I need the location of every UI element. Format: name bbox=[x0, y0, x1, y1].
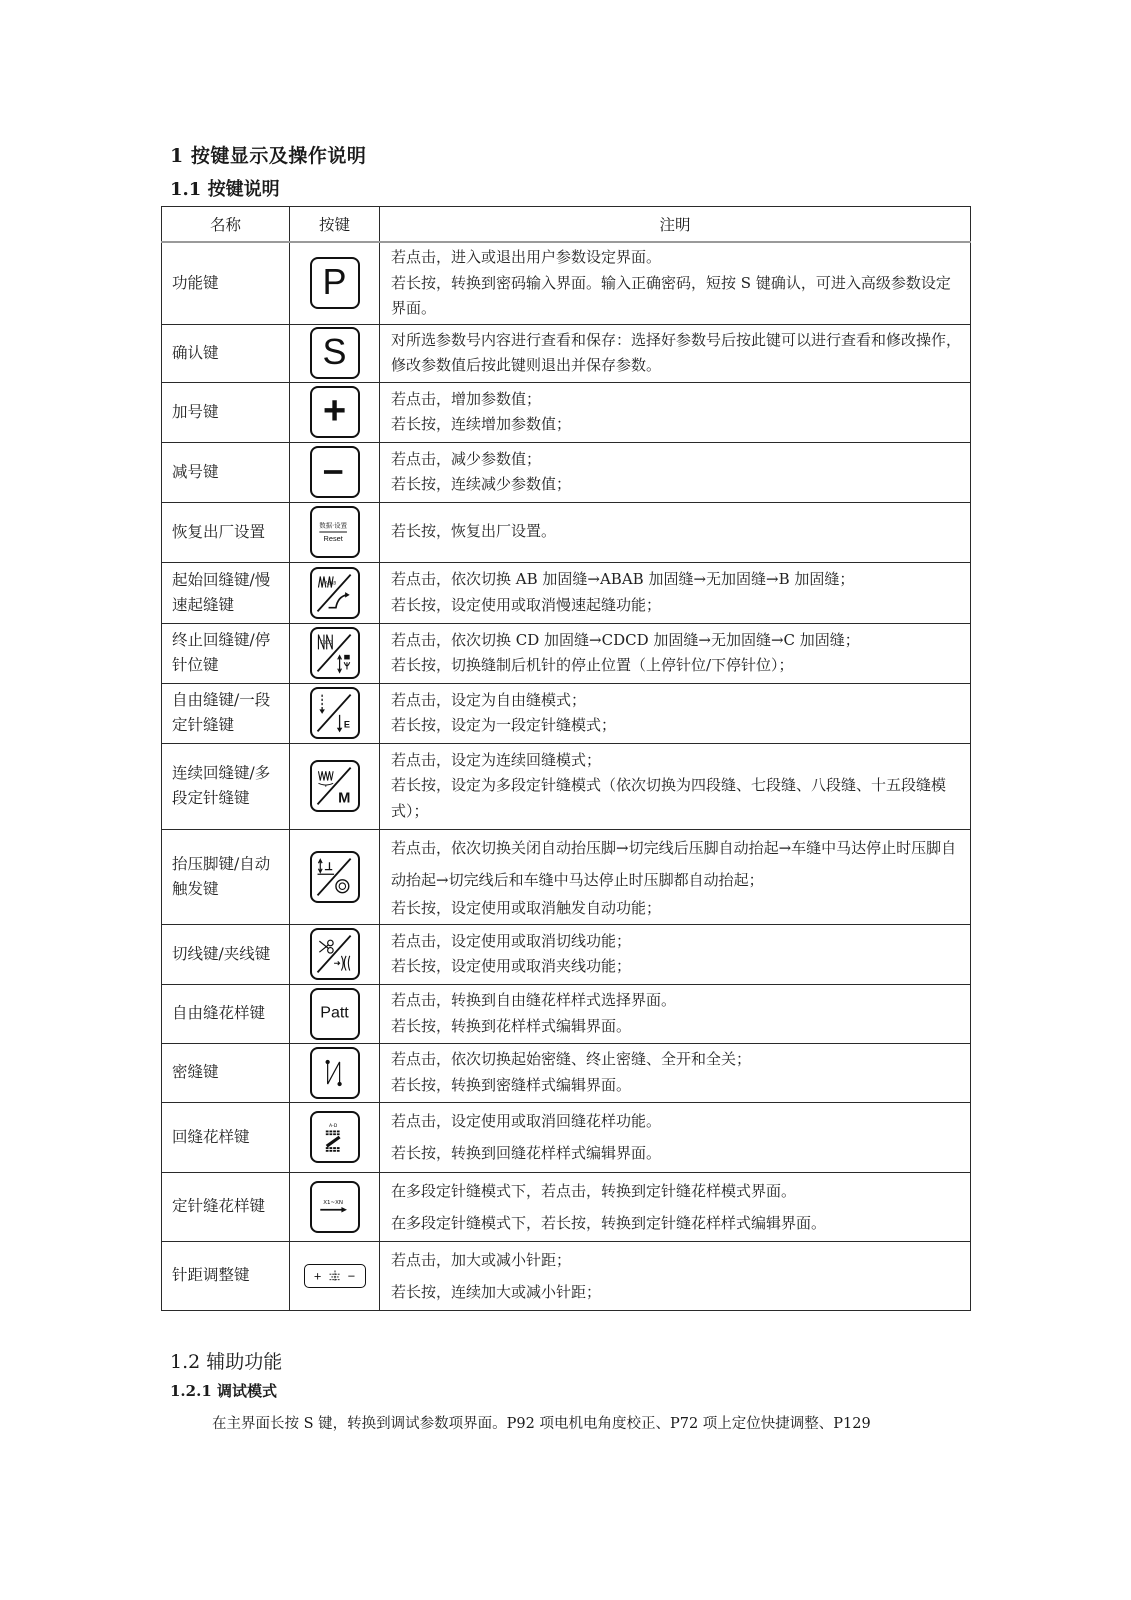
presser-foot-auto-trigger-icon bbox=[310, 851, 360, 903]
note-line: 在多段定针缝模式下，若点击，转换到定针缝花样模式界面。 bbox=[391, 1175, 962, 1207]
fixed-stitch-pattern-icon: X1~XN bbox=[310, 1181, 360, 1233]
table-row: 恢复出厂设置 数据·设置 Reset 若长按，恢复出厂设置。 bbox=[162, 502, 971, 562]
p-key-icon: P bbox=[310, 257, 360, 309]
note-line: 若长按，切换缝制后机针的停止位置（上停针位/下停针位）； bbox=[391, 653, 962, 679]
svg-text:CDCD: CDCD bbox=[320, 640, 332, 645]
note-line: 若长按，设定为多段定针缝模式（依次切换为四段缝、七段缝、八段缝、十五段缝模式）； bbox=[391, 773, 962, 824]
svg-text:A-D: A-D bbox=[329, 1123, 338, 1129]
svg-text:E: E bbox=[343, 720, 349, 730]
table-header-row: 名称 按键 注明 bbox=[162, 207, 971, 243]
table-row: 自由缝花样键 Patt 若点击，转换到自由缝花样样式选择界面。若长按，转换到花样… bbox=[162, 984, 971, 1043]
stitch-length-adjust-icon: + − bbox=[304, 1264, 366, 1288]
svg-text:X1~XN: X1~XN bbox=[323, 1200, 343, 1206]
start-backtack-slow-start-icon: ABAB bbox=[310, 567, 360, 619]
key-name: 减号键 bbox=[162, 442, 290, 502]
note-line: 若点击，依次切换 CD 加固缝→CDCD 加固缝→无加固缝→C 加固缝； bbox=[391, 628, 962, 654]
end-backtack-needle-stop-icon: CDCD bbox=[310, 627, 360, 679]
note-line: 若长按，转换到密码输入界面。输入正确密码，短按 S 键确认，可进入高级参数设定界… bbox=[391, 271, 962, 322]
note-line: 若点击，依次切换关闭自动抬压脚→切完线后压脚自动抬起→车缝中马达停止时压脚自动抬… bbox=[391, 832, 962, 896]
header-note: 注明 bbox=[380, 207, 971, 243]
key-name: 密缝键 bbox=[162, 1043, 290, 1102]
note-line: 若长按，设定使用或取消夹线功能； bbox=[391, 954, 962, 980]
svg-text:+: + bbox=[313, 1268, 321, 1283]
pattern-key-icon: Patt bbox=[310, 988, 360, 1040]
table-row: 自由缝键/一段定针缝键 E 若点击，设定为自由缝模式；若长按，设定为一段定针缝模… bbox=[162, 683, 971, 743]
thread-trim-clamp-icon bbox=[310, 928, 360, 980]
table-row: 减号键 若点击，减少参数值；若长按，连续减少参数值； bbox=[162, 442, 971, 502]
note-line: 若点击，依次切换 AB 加固缝→ABAB 加固缝→无加固缝→B 加固缝； bbox=[391, 567, 962, 593]
note-line: 若点击，进入或退出用户参数设定界面。 bbox=[391, 245, 962, 271]
key-name: 针距调整键 bbox=[162, 1241, 290, 1310]
svg-text:Reset: Reset bbox=[323, 534, 342, 543]
note-line: 若长按，转换到花样样式编辑界面。 bbox=[391, 1014, 962, 1040]
heading-section-1-1: 1.1 按键说明 bbox=[170, 175, 280, 201]
note-line: 在多段定针缝模式下，若长按，转换到定针缝花样样式编辑界面。 bbox=[391, 1207, 962, 1239]
note-line: 若点击，减少参数值； bbox=[391, 447, 962, 473]
free-sewing-single-stitch-icon: E bbox=[310, 687, 360, 739]
note-line: 若长按，转换到密缝样式编辑界面。 bbox=[391, 1073, 962, 1099]
table-row: 密缝键 若点击，依次切换起始密缝、终止密缝、全开和全关；若长按，转换到密缝样式编… bbox=[162, 1043, 971, 1102]
dense-stitch-icon bbox=[310, 1047, 360, 1099]
note-line: 若点击，设定使用或取消回缝花样功能。 bbox=[391, 1105, 962, 1137]
note-line: 若点击，设定为自由缝模式； bbox=[391, 688, 962, 714]
table-row: 抬压脚键/自动触发键 若点击，依次切换关闭自动抬压脚→切完线后压脚自动抬起→车缝… bbox=[162, 829, 971, 924]
minus-key-icon bbox=[310, 446, 360, 498]
note-line: 若长按，连续加大或减小针距； bbox=[391, 1276, 962, 1308]
svg-text:−: − bbox=[347, 1268, 355, 1283]
note-line: 若点击，转换到自由缝花样样式选择界面。 bbox=[391, 988, 962, 1014]
note-line: 若长按，连续减少参数值； bbox=[391, 472, 962, 498]
key-name: 抬压脚键/自动触发键 bbox=[162, 829, 290, 924]
key-name: 自由缝花样键 bbox=[162, 984, 290, 1043]
note-line: 若长按，恢复出厂设置。 bbox=[391, 519, 962, 545]
plus-key-icon: + bbox=[310, 386, 360, 438]
key-name: 加号键 bbox=[162, 382, 290, 442]
heading-section-1-2-1: 1.2.1 调试模式 bbox=[170, 1380, 277, 1401]
s-key-icon: S bbox=[310, 327, 360, 379]
svg-text:E: E bbox=[324, 784, 327, 788]
note-line: 若长按，设定为一段定针缝模式； bbox=[391, 713, 962, 739]
key-name: 起始回缝键/慢速起缝键 bbox=[162, 562, 290, 623]
svg-text:M: M bbox=[338, 791, 350, 807]
note-line: 若长按，转换到回缝花样样式编辑界面。 bbox=[391, 1137, 962, 1169]
key-name: 定针缝花样键 bbox=[162, 1172, 290, 1241]
heading-section-1-2: 1.2 辅助功能 bbox=[170, 1347, 282, 1374]
svg-text:数据·设置: 数据·设置 bbox=[319, 520, 347, 529]
table-row: 针距调整键 + − 若点击，加大或减小针距；若长按，连续加大或减小针距； bbox=[162, 1241, 971, 1310]
note-line: 若长按，设定使用或取消慢速起缝功能； bbox=[391, 593, 962, 619]
table-row: 连续回缝键/多段定针缝键 E M 若点击，设定为连续回缝模式；若长按，设定为多段… bbox=[162, 743, 971, 829]
key-name: 终止回缝键/停针位键 bbox=[162, 623, 290, 683]
table-row: 功能键 P 若点击，进入或退出用户参数设定界面。若长按，转换到密码输入界面。输入… bbox=[162, 242, 971, 324]
body-paragraph: 在主界面长按 S 键，转换到调试参数项界面。P92 项电机电角度校正、P72 项… bbox=[212, 1412, 871, 1433]
table-row: 切线键/夹线键 若点击，设定使用或取消切线功能；若长按，设定使用或取消夹线功能； bbox=[162, 924, 971, 984]
table-row: 加号键 + 若点击，增加参数值；若长按，连续增加参数值； bbox=[162, 382, 971, 442]
continuous-backtack-multi-stitch-icon: E M bbox=[310, 760, 360, 812]
key-name: 功能键 bbox=[162, 242, 290, 324]
table-row: 定针缝花样键 X1~XN 在多段定针缝模式下，若点击，转换到定针缝花样模式界面。… bbox=[162, 1172, 971, 1241]
svg-text:ABAB: ABAB bbox=[324, 580, 335, 585]
note-line: 若长按，连续增加参数值； bbox=[391, 412, 962, 438]
note-line: 对所选参数号内容进行查看和保存：选择好参数号后按此键可以进行查看和修改操作，修改… bbox=[391, 328, 962, 379]
table-row: 起始回缝键/慢速起缝键 ABAB 若点击，依次切换 AB 加固缝→ABAB 加固… bbox=[162, 562, 971, 623]
note-line: 若点击，设定使用或取消切线功能； bbox=[391, 929, 962, 955]
key-name: 回缝花样键 bbox=[162, 1102, 290, 1172]
key-name: 连续回缝键/多段定针缝键 bbox=[162, 743, 290, 829]
table-row: 回缝花样键 A-D 若点击，设定使用或取消回缝花样功能。若长按，转换到回缝花样样… bbox=[162, 1102, 971, 1172]
key-description-table: 名称 按键 注明 功能键 P 若点击，进入或退出用户参数设定界面。若长按，转换到… bbox=[161, 206, 971, 1311]
note-line: 若长按，设定使用或取消触发自动功能； bbox=[391, 896, 962, 922]
note-line: 若点击，设定为连续回缝模式； bbox=[391, 748, 962, 774]
table-row: 确认键 S 对所选参数号内容进行查看和保存：选择好参数号后按此键可以进行查看和修… bbox=[162, 324, 971, 382]
table-row: 终止回缝键/停针位键 CDCD 若点击，依次切换 CD 加固缝→CDCD 加固缝… bbox=[162, 623, 971, 683]
header-name: 名称 bbox=[162, 207, 290, 243]
key-name: 自由缝键/一段定针缝键 bbox=[162, 683, 290, 743]
key-name: 确认键 bbox=[162, 324, 290, 382]
key-name: 切线键/夹线键 bbox=[162, 924, 290, 984]
note-line: 若点击，加大或减小针距； bbox=[391, 1244, 962, 1276]
reset-key-icon: 数据·设置 Reset bbox=[310, 506, 360, 558]
backtack-pattern-icon: A-D bbox=[310, 1111, 360, 1163]
note-line: 若点击，增加参数值； bbox=[391, 387, 962, 413]
key-name: 恢复出厂设置 bbox=[162, 502, 290, 562]
header-key: 按键 bbox=[290, 207, 380, 243]
heading-section-1: 1 按键显示及操作说明 bbox=[170, 141, 366, 168]
note-line: 若点击，依次切换起始密缝、终止密缝、全开和全关； bbox=[391, 1047, 962, 1073]
